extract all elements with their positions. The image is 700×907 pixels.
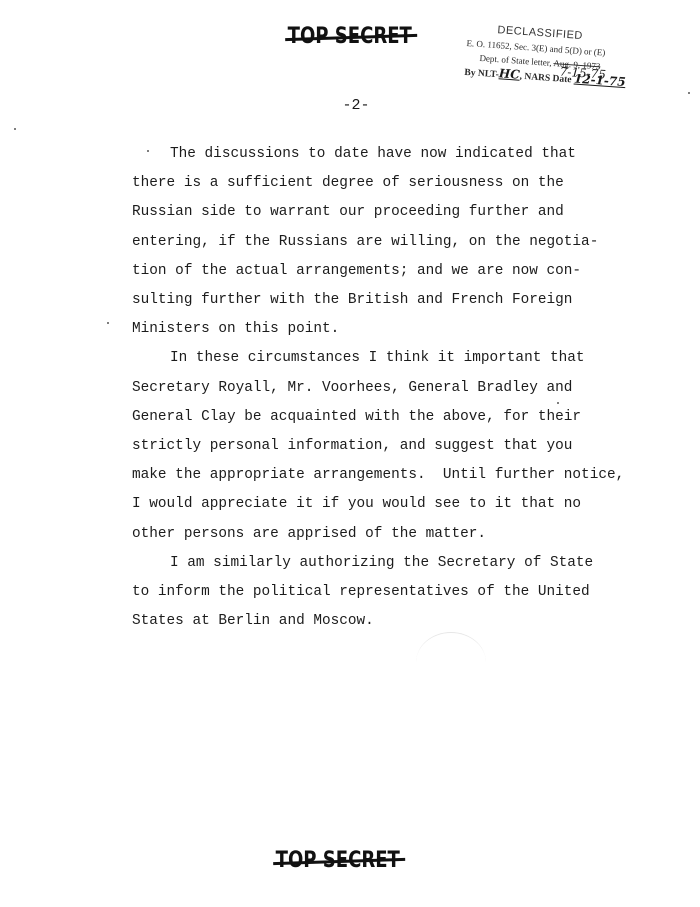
classification-marking-bottom: TOP SECRET (0, 848, 688, 873)
body-line: General Clay be acquainted with the abov… (132, 403, 612, 432)
body-line: there is a sufficient degree of seriousn… (132, 169, 612, 198)
classification-top-text: TOP SECRET (288, 24, 412, 49)
scan-speck (147, 150, 149, 152)
stamp-by-initials: HC (498, 66, 520, 81)
body-line: Secretary Royall, Mr. Voorhees, General … (132, 374, 612, 403)
body-line: other persons are apprised of the matter… (132, 520, 612, 549)
body-line: Ministers on this point. (132, 315, 612, 344)
body-line: strictly personal information, and sugge… (132, 432, 612, 461)
scan-speck (107, 322, 109, 324)
scan-speck (14, 128, 16, 130)
body-line: tion of the actual arrangements; and we … (132, 257, 612, 286)
body-line: In these circumstances I think it import… (132, 344, 612, 373)
paragraph-2: In these circumstances I think it import… (132, 344, 612, 548)
paragraph-1: The discussions to date have now indicat… (132, 140, 612, 344)
scan-speck (557, 402, 559, 404)
faint-seal-impression (416, 632, 486, 693)
body-line: make the appropriate arrangements. Until… (132, 461, 612, 490)
classification-bottom-text: TOP SECRET (276, 848, 400, 873)
body-line: entering, if the Russians are willing, o… (132, 228, 612, 257)
stamp-by-prefix: By NLT- (464, 68, 499, 80)
body-line: States at Berlin and Moscow. (132, 607, 612, 636)
body-line: The discussions to date have now indicat… (132, 140, 612, 169)
paragraph-3: I am similarly authorizing the Secretary… (132, 549, 612, 637)
body-line: to inform the political representatives … (132, 578, 612, 607)
body-line: Russian side to warrant our proceeding f… (132, 198, 612, 227)
document-body: The discussions to date have now indicat… (132, 140, 612, 636)
page-number: -2- (0, 97, 700, 114)
body-line: I would appreciate it if you would see t… (132, 490, 612, 519)
body-line: I am similarly authorizing the Secretary… (132, 549, 612, 578)
scan-speck (688, 92, 690, 94)
body-line: sulting further with the British and Fre… (132, 286, 612, 315)
